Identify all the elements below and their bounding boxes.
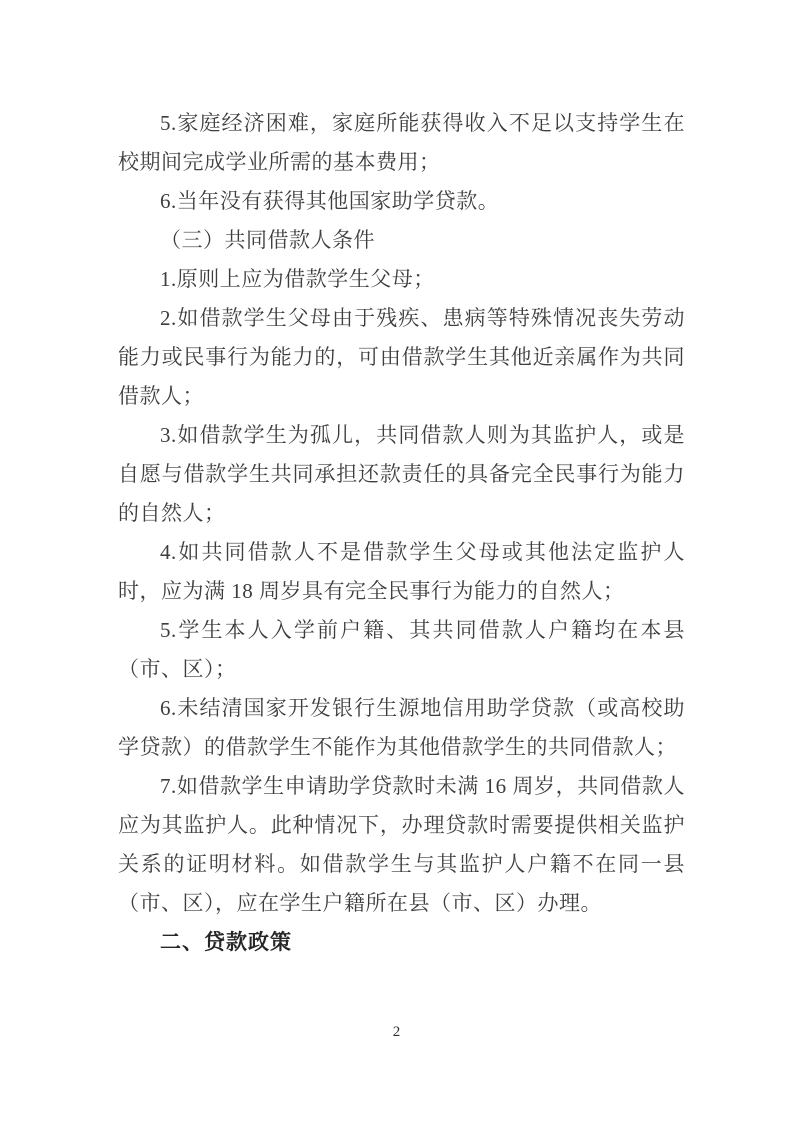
- document-page: 5.家庭经济困难，家庭所能获得收入不足以支持学生在校期间完成学业所需的基本费用；…: [0, 0, 793, 1122]
- paragraph-item-5-household-registration: 5.学生本人入学前户籍、其共同借款人户籍均在本县（市、区）；: [118, 611, 685, 689]
- paragraph-subsection-coborrower-conditions: （三）共同借款人条件: [118, 221, 685, 260]
- paragraph-item-6-no-other-loan: 6.当年没有获得其他国家助学贷款。: [118, 182, 685, 221]
- paragraph-item-4-age-18: 4.如共同借款人不是借款学生父母或其他法定监护人时，应为满 18 周岁具有完全民…: [118, 533, 685, 611]
- paragraph-item-5-family-hardship: 5.家庭经济困难，家庭所能获得收入不足以支持学生在校期间完成学业所需的基本费用；: [118, 104, 685, 182]
- section-heading-loan-policy: 二、贷款政策: [118, 923, 685, 962]
- paragraph-item-3-orphan: 3.如借款学生为孤儿，共同借款人则为其监护人，或是自愿与借款学生共同承担还款责任…: [118, 416, 685, 533]
- paragraph-item-6-unsettled-loan: 6.未结清国家开发银行生源地信用助学贷款（或高校助学贷款）的借款学生不能作为其他…: [118, 689, 685, 767]
- paragraph-item-1-parents: 1.原则上应为借款学生父母；: [118, 260, 685, 299]
- paragraph-item-7-under-16: 7.如借款学生申请助学贷款时未满 16 周岁，共同借款人应为其监护人。此种情况下…: [118, 767, 685, 923]
- paragraph-item-2-disability: 2.如借款学生父母由于残疾、患病等特殊情况丧失劳动能力或民事行为能力的，可由借款…: [118, 299, 685, 416]
- page-number: 2: [0, 1022, 793, 1042]
- document-body: 5.家庭经济困难，家庭所能获得收入不足以支持学生在校期间完成学业所需的基本费用；…: [118, 104, 685, 962]
